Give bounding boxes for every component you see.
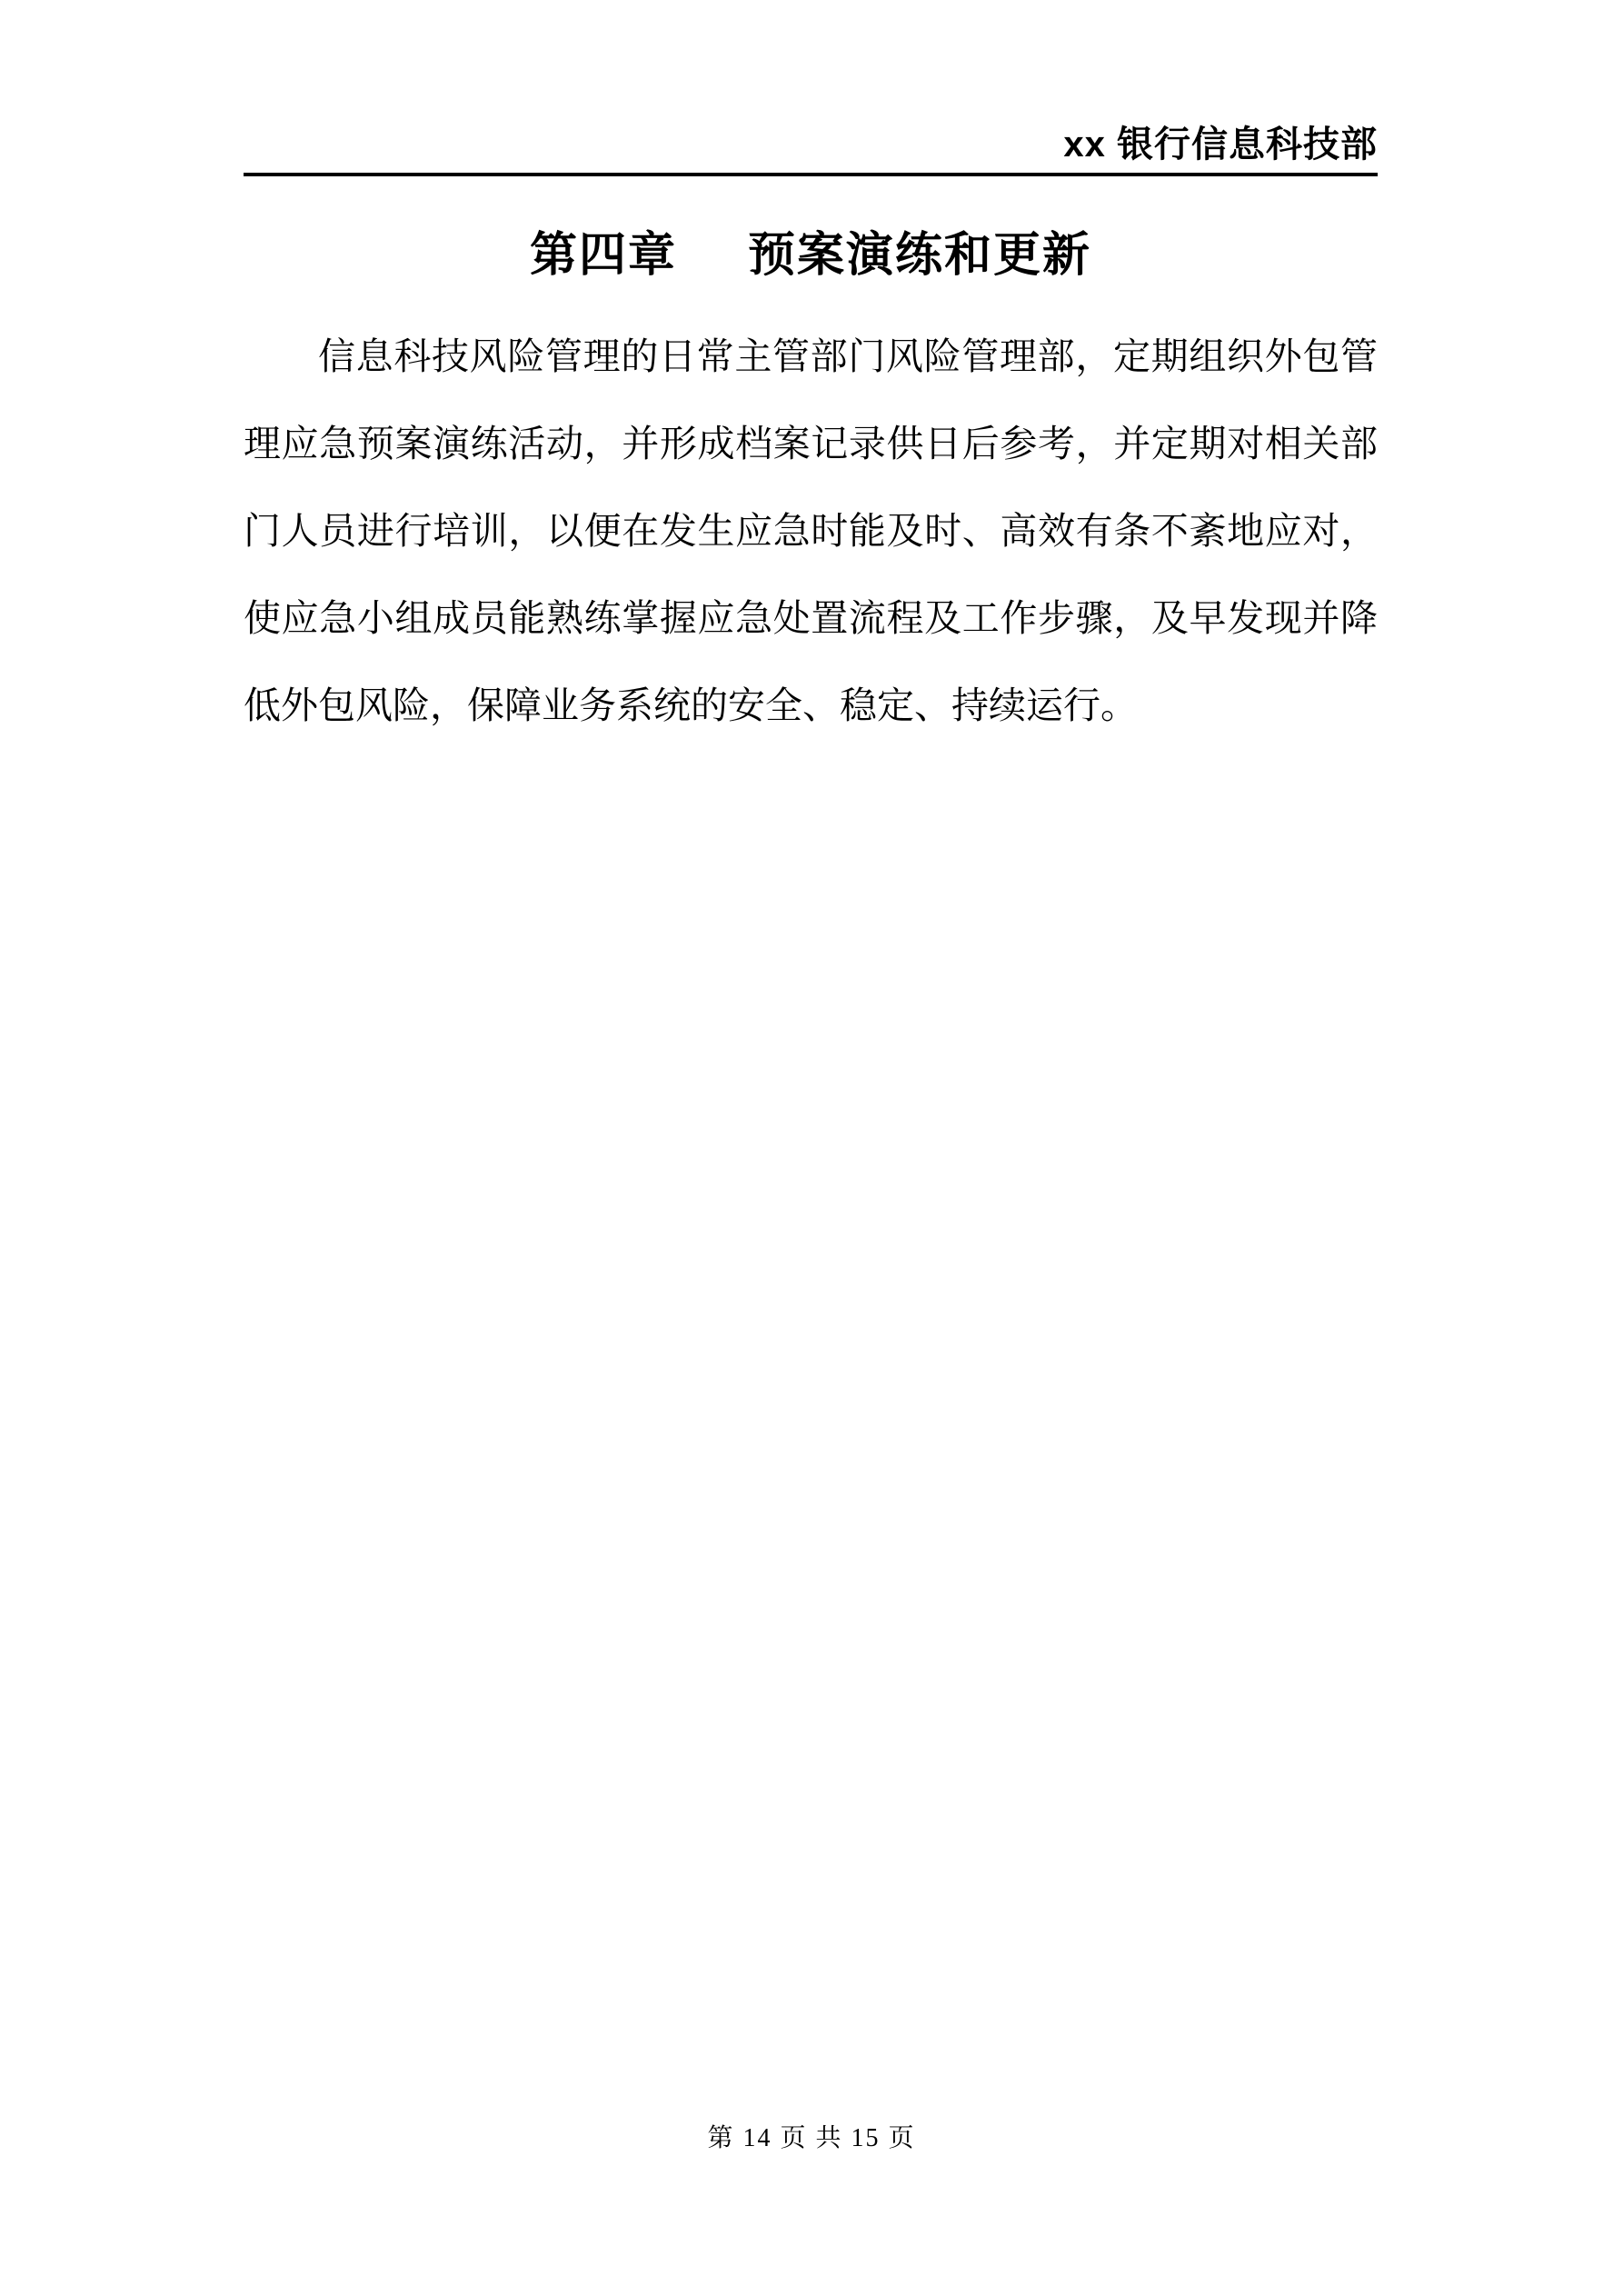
chapter-number: 第四章 [530, 229, 677, 282]
page-number-indicator: 第 14 页 共 15 页 [707, 2124, 915, 2152]
body-line: 理应急预案演练活动，并形成档案记录供日后参考，并定期对相关部 [244, 400, 1378, 487]
page: xx 银行信息科技部 第四章预案演练和更新 信息科技风险管理的日常主管部门风险管… [0, 0, 1623, 2296]
body-line: 信息科技风险管理的日常主管部门风险管理部，定期组织外包管 [244, 313, 1378, 400]
header-department-label: xx 银行信息科技部 [1063, 125, 1378, 165]
document-page: { "page": { "background": "#ffffff", "te… [0, 0, 1623, 2296]
body-line: 低外包风险，保障业务系统的安全、稳定、持续运行。 [244, 662, 1378, 749]
body-line: 使应急小组成员能熟练掌握应急处置流程及工作步骤，及早发现并降 [244, 574, 1378, 662]
body-line: 门人员进行培训，以便在发生应急时能及时、高效有条不紊地应对， [244, 487, 1378, 574]
page-footer: 第 14 页 共 15 页 [0, 2123, 1623, 2154]
page-header: xx 银行信息科技部 [244, 124, 1378, 176]
chapter-name: 预案演练和更新 [748, 229, 1091, 282]
body-paragraph: 信息科技风险管理的日常主管部门风险管理部，定期组织外包管 理应急预案演练活动，并… [244, 313, 1378, 749]
chapter-title: 第四章预案演练和更新 [244, 227, 1378, 284]
